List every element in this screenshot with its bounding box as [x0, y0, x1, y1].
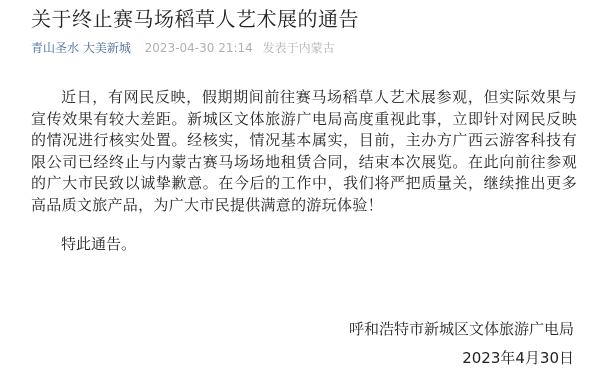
- article-title: 关于终止赛马场稻草人艺术展的通告: [31, 6, 359, 32]
- article-meta: 青山圣水 大美新城 2023-04-30 21:14 发表于内蒙古: [31, 39, 335, 57]
- issue-date: 2023年4月30日: [462, 347, 574, 368]
- closing-statement: 特此通告。: [31, 233, 136, 255]
- body-paragraph: 近日，有网民反映，假期期间前往赛马场稻草人艺术展参观，但实际效果与宣传效果有较大…: [31, 87, 577, 217]
- account-name-link[interactable]: 青山圣水 大美新城: [31, 41, 131, 55]
- publish-timestamp: 2023-04-30 21:14: [145, 41, 253, 55]
- publish-location: 发表于内蒙古: [263, 41, 335, 55]
- issuer-signature: 呼和浩特市新城区文体旅游广电局: [349, 318, 574, 340]
- article-container: 关于终止赛马场稻草人艺术展的通告 青山圣水 大美新城 2023-04-30 21…: [0, 0, 600, 368]
- article-body: 近日，有网民反映，假期期间前往赛马场稻草人艺术展参观，但实际效果与宣传效果有较大…: [31, 87, 577, 217]
